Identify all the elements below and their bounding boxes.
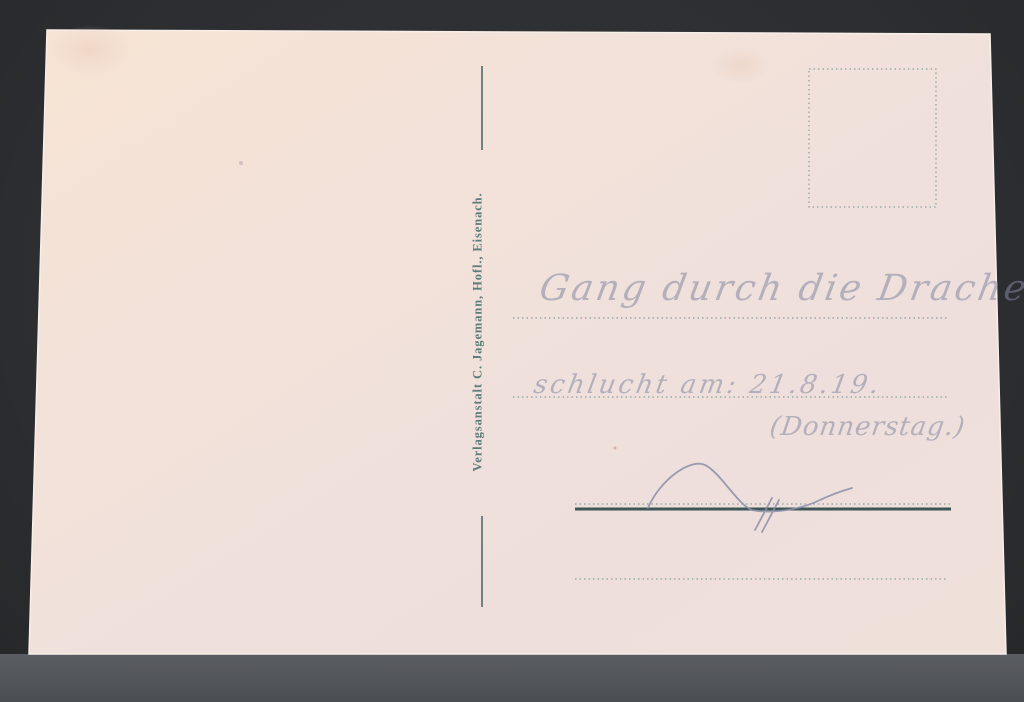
handwriting-line-1: Gang durch die Drachen- xyxy=(536,268,1024,309)
publisher-imprint: Verlagsanstalt C. Jagemann, Hofl., Eisen… xyxy=(471,192,486,471)
postcard-graphics xyxy=(0,0,1024,702)
handwriting-line-2: schlucht am: 21.8.19. xyxy=(531,370,884,400)
postcard: Verlagsanstalt C. Jagemann, Hofl., Eisen… xyxy=(0,0,1024,702)
handwriting-line-3: (Donnerstag.) xyxy=(768,412,968,442)
card-paper xyxy=(29,25,1006,654)
